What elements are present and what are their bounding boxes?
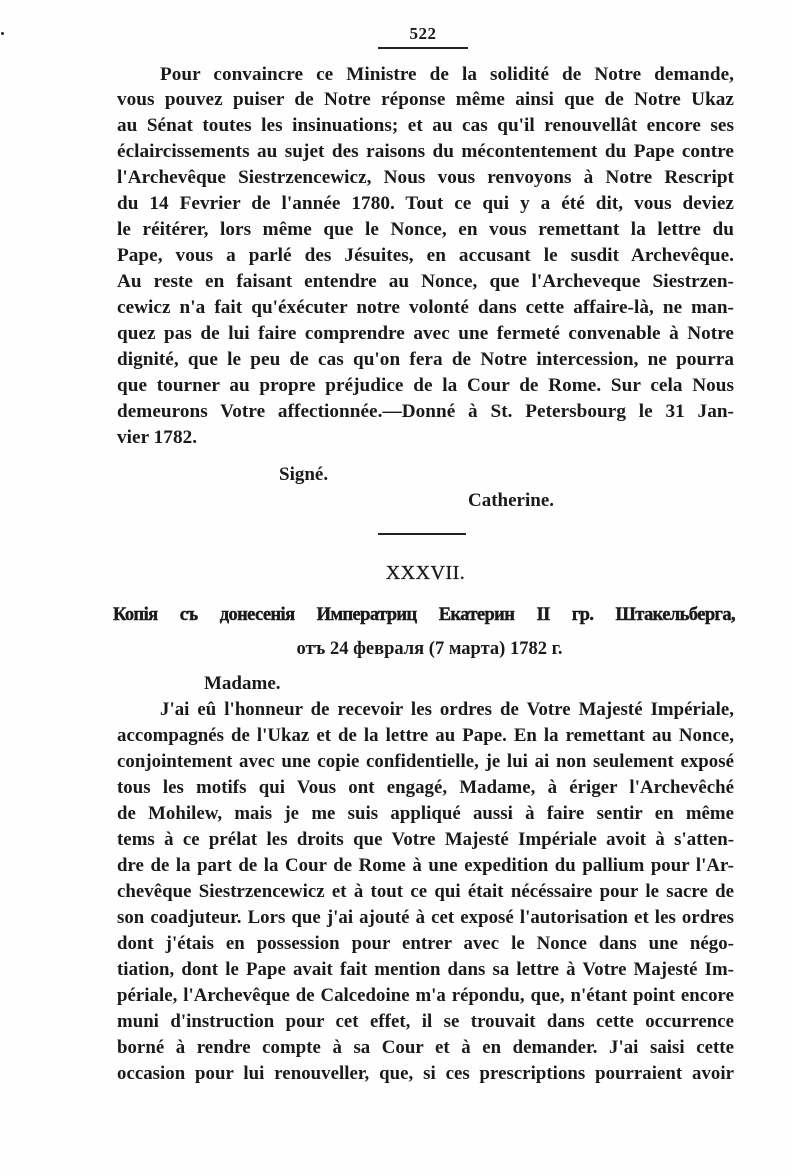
text-line: chevêque Siestrzencewicz et à tout ce qu… [117,880,734,904]
section-divider [378,533,466,535]
text-line: borné à rendre compte à sa Cour et à en … [117,1036,734,1060]
text-line: vier 1782. [117,426,734,450]
scan-speck [1,32,4,35]
section-number: XXXVII. [117,561,734,585]
scanned-page: 522 Pour convaincre ce Ministre de la so… [0,0,792,1176]
text-line: dre de la part de la Cour de Rome à une … [117,854,734,878]
text-line: dont j'étais en possession pour entrer a… [117,932,734,956]
text-line: du 14 Fevrier de l'année 1780. Tout ce q… [117,192,734,216]
text-line: quez pas de lui faire comprendre avec un… [117,322,734,346]
text-line: que tourner au propre préjudice de la Co… [117,374,734,398]
text-line: vous pouvez puiser de Notre réponse même… [117,88,734,112]
page-number-rule [378,47,468,49]
text-line: cewicz n'a fait qu'éxécuter notre volont… [117,296,734,320]
text-line: accompagnés de l'Ukaz et de la lettre au… [117,724,734,748]
text-line: l'Archevêque Siestrzencewicz, Nous vous … [117,166,734,190]
text-line: son coadjuteur. Lors que j'ai ajouté à c… [117,906,734,930]
text-line: J'ai eû l'honneur de recevoir les ordres… [160,698,734,722]
text-line: Au reste en faisant entendre au Nonce, q… [117,270,734,294]
text-line: conjointement avec une copie confidentie… [117,750,734,774]
text-line: occasion pour lui renouveller, que, si c… [117,1062,734,1086]
text-line: éclaircissements au sujet des raisons du… [117,140,734,164]
signed-label: Signé. [279,463,328,487]
section-date: отъ 24 февраля (7 марта) 1782 г. [117,637,734,661]
page-number: 522 [378,24,468,44]
text-line: muni d'instruction pour cet effet, il se… [117,1010,734,1034]
text-line: dignité, que le peu de cas qu'on fera de… [117,348,734,372]
salutation: Madame. [204,672,281,696]
text-line: tiation, dont le Pape avait fait mention… [117,958,734,982]
text-line: demeurons Votre affectionnée.—Donné à St… [117,400,734,424]
text-line: de Mohilew, mais je me suis appliqué aus… [117,802,734,826]
text-line: tems à ce prélat les droits que Votre Ma… [117,828,734,852]
text-line: périale, l'Archevêque de Calcedoine m'a … [117,984,734,1008]
text-line: Pape, vous a parlé des Jésuites, en accu… [117,244,734,268]
text-line: tous les motifs qui Vous ont engagé, Mad… [117,776,734,800]
section-heading: Копія съ донесенія Императриц Екатерин I… [113,603,735,627]
text-line: au Sénat toutes les insinuations; et au … [117,114,734,138]
signature: Catherine. [468,489,554,513]
text-line: le réitérer, lors même que le Nonce, en … [117,218,734,242]
text-line: Pour convaincre ce Ministre de la solidi… [160,63,734,87]
